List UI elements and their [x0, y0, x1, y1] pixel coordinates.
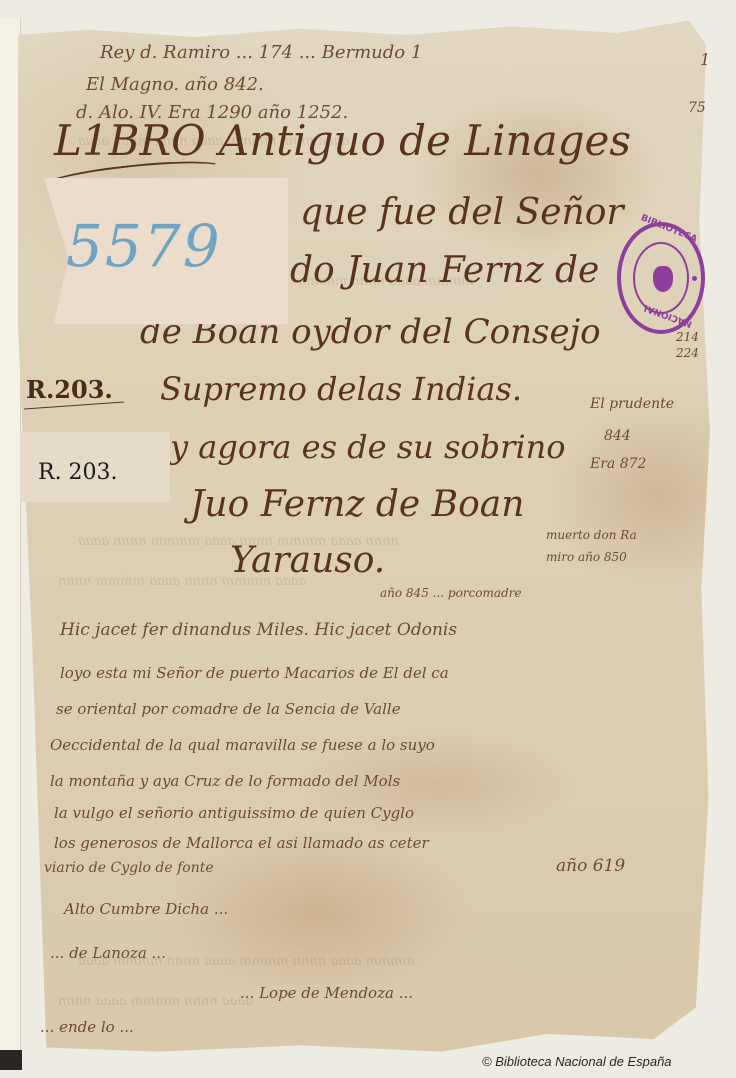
- margin-note: muerto don Ra: [546, 528, 637, 542]
- margin-note: 1: [700, 50, 710, 69]
- body-line: Alto Cumbre Dicha ...: [64, 900, 228, 918]
- margin-note: miro año 850: [546, 550, 627, 564]
- stamp-inner-ring: [633, 242, 689, 314]
- body-line: Hic jacet fer dinandus Miles. Hic jacet …: [60, 620, 457, 640]
- body-line: los generosos de Mallorca el asi llamado…: [54, 834, 429, 852]
- title-line-2: que fue del Señor: [300, 192, 624, 233]
- margin-note: Era 872: [590, 456, 646, 472]
- annotation-line-1: Rey d. Ramiro ... 174 ... Bermudo 1: [100, 42, 422, 63]
- body-line: loyo esta mi Señor de puerto Macarios de…: [60, 664, 449, 682]
- library-stamp: BIBLIOTECA NACIONAL: [617, 222, 705, 334]
- annotation-line-2: El Magno. año 842.: [86, 74, 264, 95]
- body-line: ... Lope de Mendoza ...: [240, 984, 413, 1002]
- body-line: la vulgo el señorio antiguissimo de quie…: [54, 804, 414, 822]
- margin-note: 224: [676, 346, 699, 360]
- copyright-credit: © Biblioteca Nacional de España: [482, 1054, 672, 1069]
- title-line-6: y agora es de su sobrino: [170, 428, 566, 466]
- body-line: ... ende lo ...: [40, 1018, 134, 1036]
- body-line: Oeccidental de la qual maravilla se fues…: [50, 736, 435, 754]
- shelfmark-blue-pencil: 5579: [66, 212, 222, 280]
- body-line: la montaña y aya Cruz de lo formado del …: [50, 772, 400, 790]
- margin-note: 214: [676, 330, 699, 344]
- body-line: se oriental por comadre de la Sencia de …: [56, 700, 401, 718]
- title-line-7: Juo Fernz de Boan: [190, 484, 524, 525]
- title-line-8: Yarauso.: [230, 540, 385, 581]
- margin-note: El prudente: [590, 396, 674, 412]
- body-line: viario de Cyglo de fonte: [44, 860, 214, 876]
- title-line-3: do Juan Fernz de: [290, 250, 599, 291]
- shelfmark-handwritten: R.203.: [26, 375, 113, 404]
- binding-shadow: [0, 1050, 22, 1070]
- bleed-through-text: aaaa nnnn mmmm aaaa nnnn: [58, 994, 253, 1009]
- body-line: año 619: [556, 856, 625, 876]
- title-line-5: Supremo delas Indias.: [160, 370, 522, 408]
- margin-note: 75: [688, 100, 706, 116]
- stamp-dot: [692, 276, 697, 281]
- binding-strip: [0, 18, 21, 1058]
- body-line: ... de Lanoza ...: [50, 944, 166, 962]
- crest-icon: [653, 266, 673, 292]
- title-line-1: L1BRO Antiguo de Linages: [54, 116, 631, 165]
- margin-note: año 845 ... porcomadre: [380, 586, 522, 600]
- margin-note: 844: [604, 428, 631, 444]
- shelfmark-printed: R. 203.: [38, 460, 118, 485]
